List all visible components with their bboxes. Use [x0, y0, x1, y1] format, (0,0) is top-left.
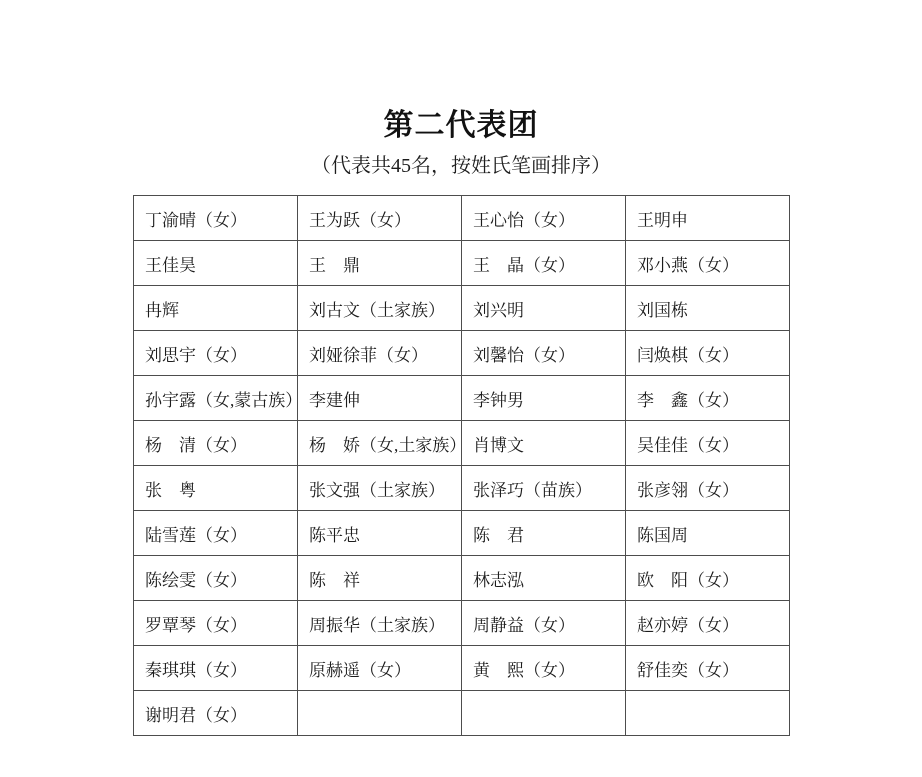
table-row: 张 粤张文强（土家族）张泽巧（苗族）张彦翎（女）	[134, 466, 790, 511]
delegate-name-cell: 周振华（土家族）	[298, 601, 462, 646]
delegate-name-cell: 王明申	[626, 196, 790, 241]
delegate-name-cell: 刘古文（土家族）	[298, 286, 462, 331]
delegate-name-cell	[298, 691, 462, 736]
delegate-name-cell: 张泽巧（苗族）	[462, 466, 626, 511]
delegate-name-cell: 欧 阳（女）	[626, 556, 790, 601]
page-subtitle: （代表共45名，按姓氏笔画排序）	[0, 149, 922, 178]
delegate-name-cell: 林志泓	[462, 556, 626, 601]
delegate-name-cell: 王 鼎	[298, 241, 462, 286]
delegate-name-cell: 李钟男	[462, 376, 626, 421]
delegate-name-cell: 李建伸	[298, 376, 462, 421]
delegate-name-cell: 邓小燕（女）	[626, 241, 790, 286]
delegate-name-cell: 张 粤	[134, 466, 298, 511]
table-row: 刘思宇（女）刘娅徐菲（女）刘馨怡（女）闫焕棋（女）	[134, 331, 790, 376]
delegate-name-cell: 杨 清（女）	[134, 421, 298, 466]
delegate-name-cell: 陆雪莲（女）	[134, 511, 298, 556]
delegate-name-cell: 闫焕棋（女）	[626, 331, 790, 376]
delegate-name-cell: 谢明君（女）	[134, 691, 298, 736]
table-row: 丁渝晴（女）王为跃（女）王心怡（女）王明申	[134, 196, 790, 241]
delegate-name-cell: 秦琪琪（女）	[134, 646, 298, 691]
delegate-name-cell: 王佳昊	[134, 241, 298, 286]
delegate-name-cell	[462, 691, 626, 736]
delegate-name-cell: 王为跃（女）	[298, 196, 462, 241]
table-row: 杨 清（女）杨 娇（女,土家族）肖博文吴佳佳（女）	[134, 421, 790, 466]
table-row: 罗覃琴（女）周振华（土家族）周静益（女）赵亦婷（女）	[134, 601, 790, 646]
delegate-name-cell: 罗覃琴（女）	[134, 601, 298, 646]
delegate-name-cell: 舒佳奕（女）	[626, 646, 790, 691]
document-page: 第二代表团 （代表共45名，按姓氏笔画排序） 丁渝晴（女）王为跃（女）王心怡（女…	[0, 0, 922, 777]
table-row: 冉辉刘古文（土家族）刘兴明刘国栋	[134, 286, 790, 331]
delegate-name-cell: 陈平忠	[298, 511, 462, 556]
delegate-table: 丁渝晴（女）王为跃（女）王心怡（女）王明申王佳昊王 鼎王 晶（女）邓小燕（女）冉…	[133, 195, 790, 736]
table-row: 秦琪琪（女）原赫遥（女）黄 熙（女）舒佳奕（女）	[134, 646, 790, 691]
table-row: 陆雪莲（女）陈平忠陈 君陈国周	[134, 511, 790, 556]
delegate-name-cell: 冉辉	[134, 286, 298, 331]
delegate-name-cell: 王心怡（女）	[462, 196, 626, 241]
delegate-name-cell: 陈 君	[462, 511, 626, 556]
delegate-name-cell: 孙宇露（女,蒙古族）	[134, 376, 298, 421]
delegate-name-cell: 张彦翎（女）	[626, 466, 790, 511]
page-title: 第二代表团	[0, 100, 922, 144]
delegate-name-cell: 刘国栋	[626, 286, 790, 331]
table-row: 谢明君（女）	[134, 691, 790, 736]
delegate-name-cell: 原赫遥（女）	[298, 646, 462, 691]
delegate-name-cell: 张文强（土家族）	[298, 466, 462, 511]
delegate-name-cell: 刘思宇（女）	[134, 331, 298, 376]
delegate-name-cell: 周静益（女）	[462, 601, 626, 646]
delegate-name-cell: 肖博文	[462, 421, 626, 466]
delegate-name-cell: 赵亦婷（女）	[626, 601, 790, 646]
delegate-name-cell	[626, 691, 790, 736]
delegate-table-body: 丁渝晴（女）王为跃（女）王心怡（女）王明申王佳昊王 鼎王 晶（女）邓小燕（女）冉…	[134, 196, 790, 736]
table-row: 陈绘雯（女）陈 祥林志泓欧 阳（女）	[134, 556, 790, 601]
delegate-name-cell: 刘兴明	[462, 286, 626, 331]
table-row: 孙宇露（女,蒙古族）李建伸李钟男李 鑫（女）	[134, 376, 790, 421]
delegate-name-cell: 吴佳佳（女）	[626, 421, 790, 466]
delegate-name-cell: 王 晶（女）	[462, 241, 626, 286]
delegate-name-cell: 黄 熙（女）	[462, 646, 626, 691]
delegate-name-cell: 杨 娇（女,土家族）	[298, 421, 462, 466]
delegate-name-cell: 刘娅徐菲（女）	[298, 331, 462, 376]
delegate-name-cell: 李 鑫（女）	[626, 376, 790, 421]
delegate-name-cell: 丁渝晴（女）	[134, 196, 298, 241]
delegate-name-cell: 陈国周	[626, 511, 790, 556]
delegate-name-cell: 刘馨怡（女）	[462, 331, 626, 376]
delegate-name-cell: 陈绘雯（女）	[134, 556, 298, 601]
delegate-name-cell: 陈 祥	[298, 556, 462, 601]
table-row: 王佳昊王 鼎王 晶（女）邓小燕（女）	[134, 241, 790, 286]
